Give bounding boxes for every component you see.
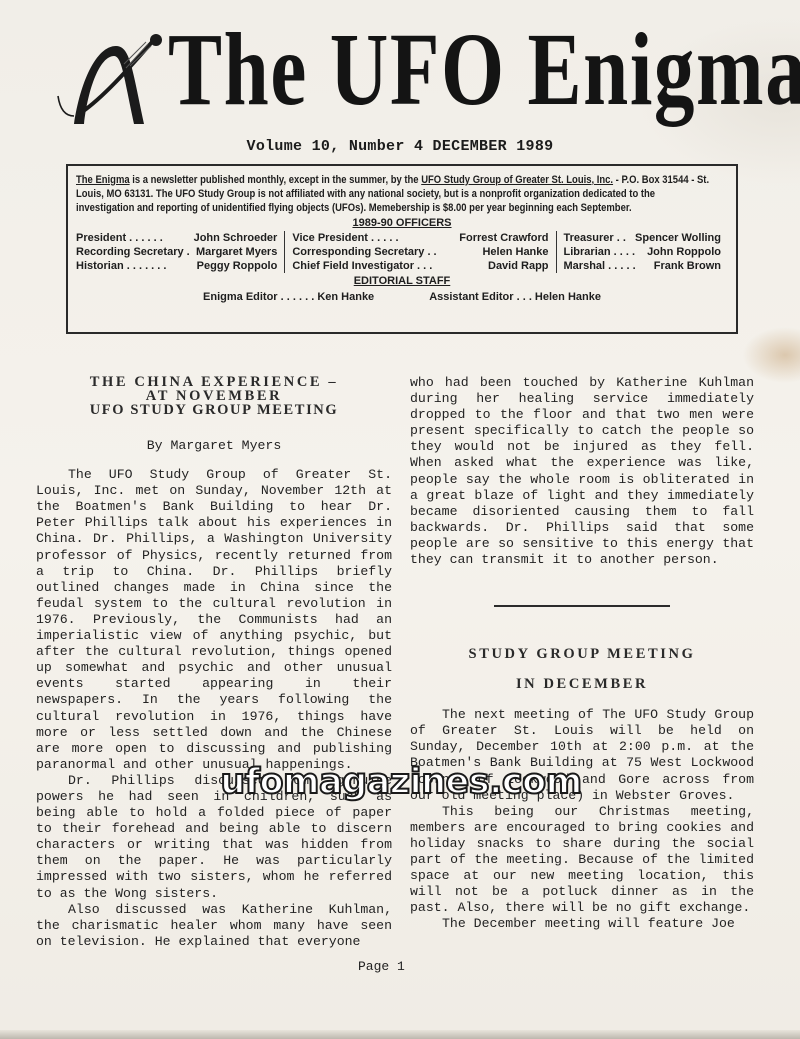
right-column: who had been touched by Katherine Kuhlma…	[410, 375, 754, 932]
article-byline: By Margaret Myers	[36, 438, 392, 454]
officer-row: Historian . . . . . . .Peggy Roppolo	[76, 259, 277, 273]
officer-row: Librarian . . . .John Roppolo	[564, 245, 721, 259]
headline-line: THE CHINA EXPERIENCE –	[36, 375, 392, 389]
officer-row: Marshal . . . . .Frank Brown	[564, 259, 721, 273]
underlined-name: The Enigma	[76, 174, 130, 186]
article-paragraph: Also discussed was Katherine Kuhlman, th…	[36, 902, 392, 950]
officer-role: Chief Field Investigator . . .	[292, 259, 432, 273]
issue-line: Volume 10, Number 4 DECEMBER 1989	[0, 138, 800, 155]
officer-role: Librarian . . . .	[564, 245, 636, 259]
officer-row: Corresponding Secretary . .Helen Hanke	[292, 245, 548, 259]
editorial-staff-entry: Assistant Editor . . . Helen Hanke	[429, 290, 601, 304]
meeting-article-headline: STUDY GROUP MEETING IN DECEMBER	[410, 647, 754, 691]
officer-name: Peggy Roppolo	[197, 259, 278, 273]
section-divider	[494, 605, 670, 607]
article-paragraph: The December meeting will feature Joe	[410, 916, 754, 932]
article-continuation: who had been touched by Katherine Kuhlma…	[410, 375, 754, 568]
officer-name: Helen Hanke	[482, 245, 548, 259]
headline-line: UFO STUDY GROUP MEETING	[36, 403, 392, 417]
editorial-staff-entry: Enigma Editor . . . . . . Ken Hanke	[203, 290, 374, 304]
officer-name: Spencer Wolling	[635, 231, 721, 245]
officers-column: President . . . . . .John SchroederRecor…	[76, 231, 285, 273]
officer-name: Forrest Crawford	[459, 231, 548, 245]
officers-table: President . . . . . .John SchroederRecor…	[76, 231, 728, 273]
officer-row: Recording Secretary .Margaret Myers	[76, 245, 277, 259]
site-watermark: ufomagazines.com	[176, 762, 626, 802]
headline-line: AT NOVEMBER	[36, 389, 392, 403]
officer-name: John Schroeder	[194, 231, 278, 245]
officer-row: Chief Field Investigator . . .David Rapp	[292, 259, 548, 273]
page-edge-shadow	[0, 1030, 800, 1039]
headline-line: IN DECEMBER	[410, 677, 754, 691]
article-paragraph: This being our Christmas meeting, member…	[410, 804, 754, 917]
officers-column: Vice President . . . . .Forrest Crawford…	[285, 231, 556, 273]
officers-column: Treasurer . .Spencer WollingLibrarian . …	[557, 231, 728, 273]
page-number: Page 1	[358, 959, 405, 974]
officer-row: President . . . . . .John Schroeder	[76, 231, 277, 245]
officer-name: Margaret Myers	[196, 245, 277, 259]
publication-statement: The Enigma is a newsletter published mon…	[76, 173, 712, 215]
masthead-info-box: The Enigma is a newsletter published mon…	[66, 164, 738, 334]
officer-name: Frank Brown	[654, 259, 721, 273]
officer-row: Vice President . . . . .Forrest Crawford	[292, 231, 548, 245]
underlined-name: UFO Study Group of Greater St. Louis, In…	[421, 174, 613, 186]
officer-row: Treasurer . .Spencer Wolling	[564, 231, 721, 245]
officer-role: Treasurer . .	[564, 231, 626, 245]
officers-heading: 1989-90 OFFICERS	[76, 216, 728, 230]
officer-role: Recording Secretary .	[76, 245, 190, 259]
left-column: THE CHINA EXPERIENCE – AT NOVEMBER UFO S…	[36, 375, 392, 950]
officer-role: President . . . . . .	[76, 231, 163, 245]
editorial-staff-heading: EDITORIAL STAFF	[76, 274, 728, 288]
article-paragraph: The UFO Study Group of Greater St. Louis…	[36, 467, 392, 773]
statement-text: is a newsletter published monthly, excep…	[130, 174, 422, 186]
officer-role: Corresponding Secretary . .	[292, 245, 436, 259]
officer-role: Marshal . . . . .	[564, 259, 636, 273]
officer-name: David Rapp	[488, 259, 549, 273]
newsletter-title: The UFO Enigma	[168, 18, 800, 122]
headline-line: STUDY GROUP MEETING	[410, 647, 754, 661]
china-article-headline: THE CHINA EXPERIENCE – AT NOVEMBER UFO S…	[36, 375, 392, 417]
officer-name: John Roppolo	[647, 245, 721, 259]
officer-role: Vice President . . . . .	[292, 231, 398, 245]
editorial-staff: Enigma Editor . . . . . . Ken HankeAssis…	[76, 290, 728, 304]
officer-role: Historian . . . . . . .	[76, 259, 166, 273]
masthead: The UFO Enigma	[40, 20, 760, 130]
ufo-enigma-logo-icon	[52, 28, 162, 128]
